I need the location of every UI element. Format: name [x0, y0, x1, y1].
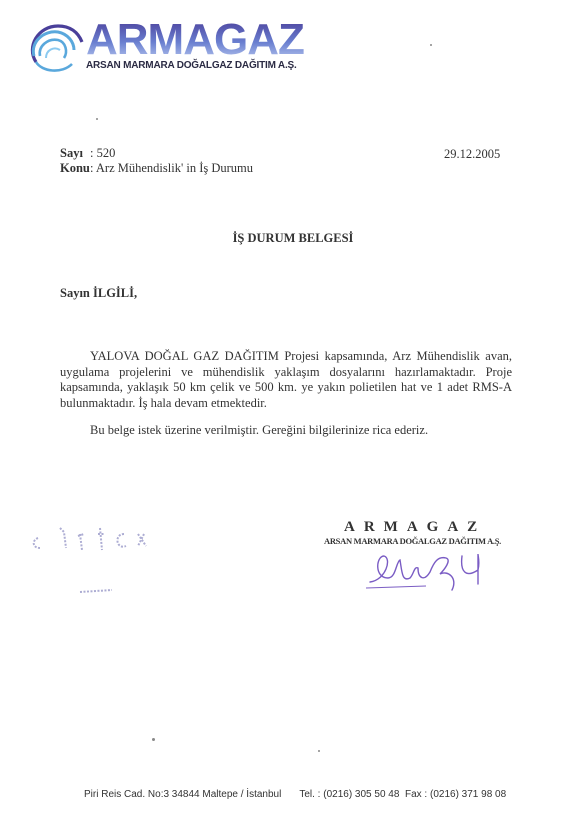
signature-company: ARMAGAZ [344, 519, 486, 536]
closing-sentence: Bu belge istek üzerine verilmiştir. Gere… [90, 423, 428, 438]
sayi-value: : 520 [90, 146, 115, 161]
scan-speck [430, 44, 432, 46]
faded-stamp-mark [20, 520, 150, 600]
footer-fax: Fax : (0216) 371 98 08 [405, 789, 506, 800]
konu-label: Konu [60, 161, 90, 176]
sayi-row: Sayı : 520 [60, 146, 253, 161]
document-title: İŞ DURUM BELGESİ [0, 231, 570, 246]
swirl-logo-icon [26, 22, 84, 74]
scan-speck [96, 118, 98, 120]
brand-logo-text: ARMAGAZ [86, 18, 304, 62]
body-paragraph: YALOVA DOĞAL GAZ DAĞITIM Projesi kapsamı… [60, 349, 512, 411]
company-full-name: ARSAN MARMARA DOĞALGAZ DAĞITIM A.Ş. [86, 60, 297, 71]
greeting: Sayın İLGİLİ, [60, 286, 137, 301]
konu-row: Konu : Arz Mühendislik' in İş Durumu [60, 161, 253, 176]
footer-contact: Piri Reis Cad. No:3 34844 Maltepe / İsta… [84, 789, 506, 800]
handwritten-signature [366, 548, 486, 593]
signature-company-full: ARSAN MARMARA DOĞALGAZ DAĞITIM A.Ş. [324, 536, 501, 546]
scan-speck [152, 738, 155, 741]
footer-address: Piri Reis Cad. No:3 34844 Maltepe / İsta… [84, 789, 281, 800]
sayi-label: Sayı [60, 146, 90, 161]
scan-speck [318, 750, 320, 752]
konu-value: : Arz Mühendislik' in İş Durumu [90, 161, 253, 176]
letter-date: 29.12.2005 [444, 147, 500, 162]
footer-phone: Tel. : (0216) 305 50 48 [299, 789, 399, 800]
letter-meta: Sayı : 520 Konu : Arz Mühendislik' in İş… [60, 146, 253, 176]
